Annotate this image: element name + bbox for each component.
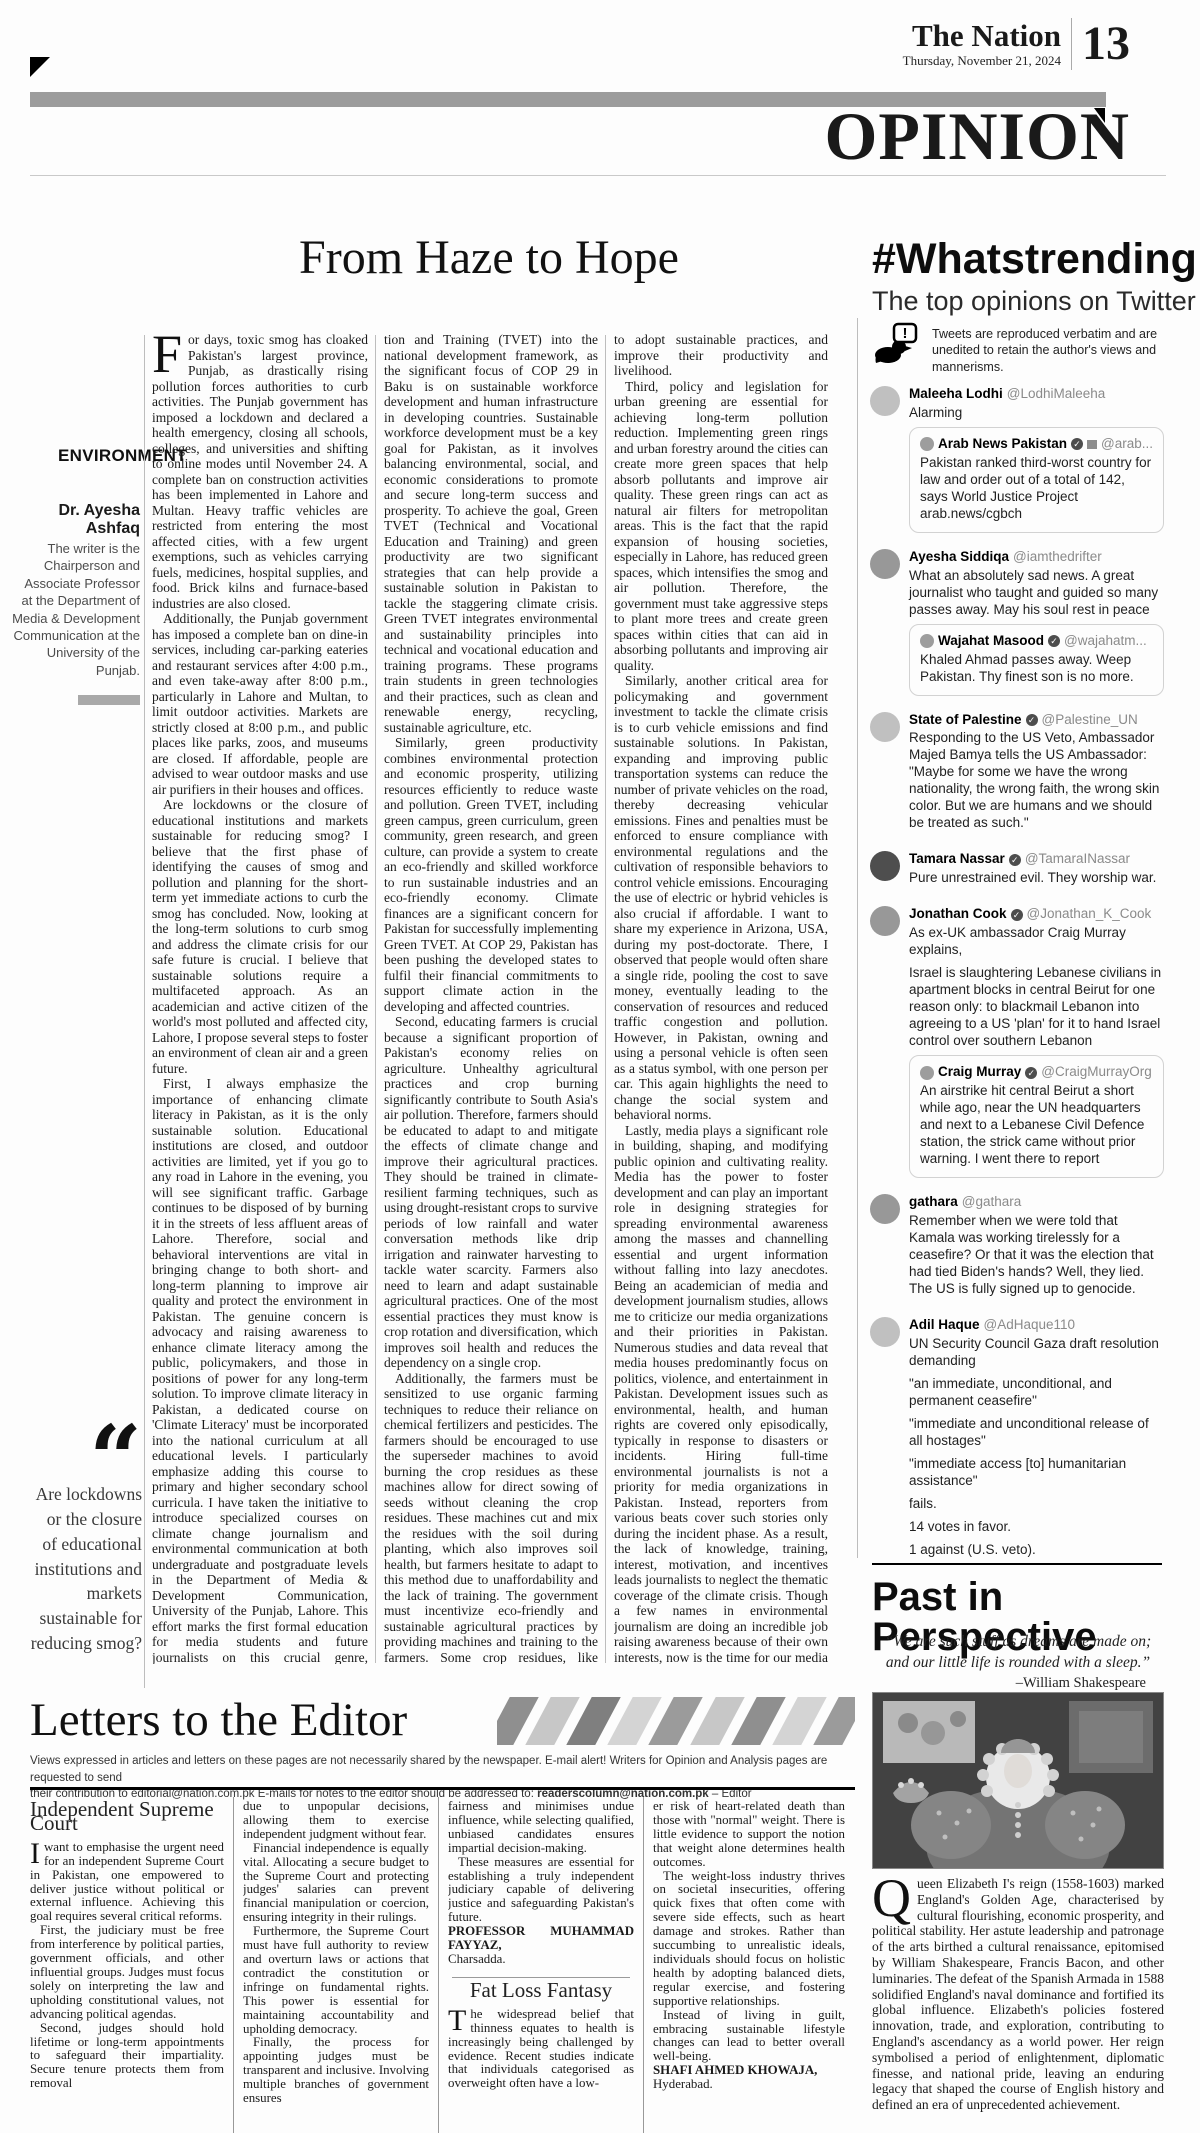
page-number: 13 <box>1082 20 1130 68</box>
tweet-author: Ayesha Siddiqa <box>909 549 1009 566</box>
drop-cap: I <box>30 1841 44 1866</box>
section-title: OPINION <box>825 102 1130 170</box>
tweet-handle: @iamthedrifter <box>1013 549 1102 566</box>
issue-date: Thursday, November 21, 2024 <box>903 53 1061 69</box>
quoted-tweet: Craig Murray✓@CraigMurrayOrgAn airstrike… <box>909 1055 1164 1178</box>
tweet-text: Israel is slaughtering Lebanese civilian… <box>909 964 1164 1049</box>
whatstrending-title: #Whatstrending <box>872 238 1197 281</box>
drop-cap: F <box>152 332 188 375</box>
tweet-author: Adil Haque <box>909 1317 980 1334</box>
readers-column-email: readerscolumn@nation.com.pk <box>537 1788 709 1800</box>
verified-icon: ✓ <box>1048 635 1060 647</box>
bio-end-bar <box>78 695 140 705</box>
avatar <box>870 549 900 579</box>
tweet-header: gathara@gathara <box>909 1194 1164 1211</box>
tweet-author: gathara <box>909 1194 958 1211</box>
tweet-header: Maleeha Lodhi@LodhiMaleeha <box>909 386 1164 403</box>
article-column-1: For days, toxic smog has cloaked Pakista… <box>152 332 368 1664</box>
whatstrending-note: Tweets are reproduced verbatim and are u… <box>932 326 1162 375</box>
tweet-text: 14 votes in favor. <box>909 1518 1164 1535</box>
paragraph: Lastly, media plays a significant role i… <box>614 1123 828 1665</box>
past-quote: “We are such stuff as dreams are made on… <box>876 1632 1160 1693</box>
tweet-handle: @arab... <box>1101 436 1153 453</box>
tweet-text: An airstrike hit central Beirut a short … <box>920 1082 1153 1167</box>
tweet-text: "immediate access [to] humanitarian assi… <box>909 1455 1164 1489</box>
masthead: The Nation Thursday, November 21, 2024 1… <box>903 18 1130 70</box>
letters-column-4: er risk of heart-related death than thos… <box>653 1800 845 2133</box>
verified-icon: ✓ <box>1026 714 1038 726</box>
queen-elizabeth-portrait <box>872 1692 1164 1869</box>
newspaper-page: The Nation Thursday, November 21, 2024 1… <box>0 0 1200 2133</box>
disclaimer-editor: – Editor <box>709 1788 752 1800</box>
column-rule <box>605 335 606 1663</box>
column-rule <box>643 1797 644 2133</box>
paragraph: tion and Training (TVET) into the nation… <box>384 332 598 735</box>
paragraph: Furthermore, the Supreme Court must have… <box>243 1925 429 2036</box>
article-headline: From Haze to Hope <box>150 230 828 285</box>
tweet-text: "immediate and unconditional release of … <box>909 1415 1164 1449</box>
paragraph: fairness and minimises undue influence, … <box>448 1800 634 1856</box>
paragraph: Second, judges should hold lifetime or l… <box>30 2022 224 2092</box>
svg-text:!: ! <box>903 325 908 342</box>
brand-name: The Nation <box>903 20 1061 51</box>
tweet-text: As ex-UK ambassador Craig Murray explain… <box>909 924 1164 958</box>
article-column-2: tion and Training (TVET) into the nation… <box>384 332 598 1664</box>
letters-column-2: due to unpopular decisions, allowing the… <box>243 1800 429 2133</box>
column-rule <box>375 335 376 1663</box>
column-rule <box>144 335 145 1688</box>
tweet-author: Arab News Pakistan <box>938 436 1067 453</box>
quote-mark-icon: “ <box>60 1432 142 1487</box>
avatar <box>870 851 900 881</box>
quoted-tweet: Wajahat Masood✓@wajahatm...Khaled Ahmad … <box>909 624 1164 696</box>
letters-disclaimer: Views expressed in articles and letters … <box>30 1753 855 1803</box>
paragraph: Finally, the process for appointing judg… <box>243 2036 429 2106</box>
paragraph: Queen Elizabeth I's reign (1558-1603) ma… <box>872 1876 1164 2113</box>
letter-signature-place: Charsadda. <box>448 1953 634 1967</box>
tweet-text: Responding to the US Veto, Ambassador Ma… <box>909 729 1164 831</box>
letter-heading: Independent Supreme Court <box>30 1803 224 1831</box>
paragraph: to adopt sustainable practices, and impr… <box>614 332 828 379</box>
tweet: Adil Haque@AdHaque110UN Security Council… <box>870 1317 1164 1558</box>
letters-column-1: Independent Supreme CourtI want to empha… <box>30 1797 224 2133</box>
tweet-handle: @Palestine_UN <box>1042 712 1138 729</box>
tweet-text: What an absolutely sad news. A great jou… <box>909 567 1164 618</box>
paragraph: First, I always emphasize the importance… <box>152 1076 368 1664</box>
avatar <box>920 1066 934 1080</box>
letters-masthead-title: Letters to the Editor <box>30 1697 407 1744</box>
tweet-header: Ayesha Siddiqa@iamthedrifter <box>909 549 1164 566</box>
tweet: State of Palestine✓@Palestine_UNRespondi… <box>870 712 1164 838</box>
letters-column-3: fairness and minimises undue influence, … <box>448 1800 634 2133</box>
tweet-text: Khaled Ahmad passes away. Weep Pakistan.… <box>920 651 1153 685</box>
tweet-header: Jonathan Cook✓@Jonathan_K_Cook <box>909 906 1164 923</box>
column-rule <box>438 1797 439 2133</box>
paragraph: Second, educating farmers is crucial bec… <box>384 1014 598 1371</box>
tweet-author: Wajahat Masood <box>938 633 1044 650</box>
article-column-3: to adopt sustainable practices, and impr… <box>614 332 828 1664</box>
past-body: Queen Elizabeth I's reign (1558-1603) ma… <box>872 1876 1164 2128</box>
quoted-tweet: Arab News Pakistan✓@arab...Pakistan rank… <box>909 427 1164 533</box>
paragraph: Additionally, the farmers must be sensit… <box>384 1371 598 1665</box>
letter-heading: Fat Loss Fantasy <box>448 1984 634 1998</box>
paragraph: Instead of living in guilt, embracing su… <box>653 2009 845 2065</box>
tweet-handle: @AdHaque110 <box>984 1317 1076 1334</box>
article-author: Dr. Ayesha Ashfaq <box>20 502 140 539</box>
tweet-text: Remember when we were told that Kamala w… <box>909 1212 1164 1297</box>
divider <box>872 1563 1162 1565</box>
tweet: Maleeha Lodhi@LodhiMaleehaAlarmingArab N… <box>870 386 1164 535</box>
disclaimer-line1: Views expressed in articles and letters … <box>30 1755 827 1784</box>
tweet-text: UN Security Council Gaza draft resolutio… <box>909 1335 1164 1369</box>
drop-cap: T <box>448 2008 470 2033</box>
paragraph: The widespread belief that thinness equa… <box>448 2008 634 2091</box>
tweet-author: Maleeha Lodhi <box>909 386 1003 403</box>
letter-signature: PROFESSOR MUHAMMAD FAYYAZ, <box>448 1925 634 1953</box>
tweet-text: fails. <box>909 1495 1164 1512</box>
divider <box>1071 18 1072 70</box>
tweet: Jonathan Cook✓@Jonathan_K_CookAs ex-UK a… <box>870 906 1164 1180</box>
tweet-text: Pure unrestrained evil. They worship war… <box>909 869 1164 886</box>
avatar <box>920 634 934 648</box>
tweet-header: Tamara Nassar✓@TamaraINassar <box>909 851 1164 868</box>
tweet: Ayesha Siddiqa@iamthedrifterWhat an abso… <box>870 549 1164 698</box>
avatar <box>870 1194 900 1224</box>
corner-marker <box>30 57 50 77</box>
paragraph: Third, policy and legislation for urban … <box>614 379 828 674</box>
quote-attribution: –William Shakespeare <box>876 1674 1160 1694</box>
verified-icon: ✓ <box>1025 1067 1037 1079</box>
column-rule <box>857 318 858 1558</box>
tweet-author: Jonathan Cook <box>909 906 1007 923</box>
tweet-author: Tamara Nassar <box>909 851 1005 868</box>
paragraph: For days, toxic smog has cloaked Pakista… <box>152 332 368 611</box>
paragraph: Financial independence is equally vital.… <box>243 1842 429 1925</box>
masthead-stripes <box>497 1697 855 1745</box>
paragraph: er risk of heart-related death than thos… <box>653 1800 845 1870</box>
tweet-handle: @wajahatm... <box>1064 633 1147 650</box>
paragraph: The weight-loss industry thrives on soci… <box>653 1870 845 2009</box>
tweets-list: Maleeha Lodhi@LodhiMaleehaAlarmingArab N… <box>870 386 1164 1558</box>
tweet-handle: @TamaraINassar <box>1025 851 1130 868</box>
paragraph: Additionally, the Punjab government has … <box>152 611 368 797</box>
tweet-header: Adil Haque@AdHaque110 <box>909 1317 1164 1334</box>
paragraph: Are lockdowns or the closure of educatio… <box>152 797 368 1076</box>
author-bio: The writer is the Chairperson and Associ… <box>10 540 140 679</box>
paragraph: due to unpopular decisions, allowing the… <box>243 1800 429 1842</box>
tweet-header: State of Palestine✓@Palestine_UN <box>909 712 1164 729</box>
letter-signature-place: Hyderabad. <box>653 2078 845 2092</box>
avatar <box>920 437 934 451</box>
tweet-text: Alarming <box>909 404 1164 421</box>
avatar <box>870 386 900 416</box>
letter-signature: SHAFI AHMED KHOWAJA, <box>653 2064 845 2078</box>
verified-icon: ✓ <box>1009 854 1021 866</box>
paragraph: Similarly, another critical area for pol… <box>614 673 828 1123</box>
tweet-handle: @CraigMurrayOrg <box>1041 1064 1151 1081</box>
paragraph: I want to emphasise the urgent need for … <box>30 1841 224 1924</box>
flag-icon <box>1087 440 1097 449</box>
divider <box>30 1787 855 1790</box>
column-rule <box>233 1797 234 2133</box>
avatar <box>870 712 900 742</box>
tweet: gathara@gatharaRemember when we were tol… <box>870 1194 1164 1303</box>
tweet-handle: @Jonathan_K_Cook <box>1027 906 1152 923</box>
tweet-header: Wajahat Masood✓@wajahatm... <box>920 633 1153 650</box>
twitter-bird-icon: ! <box>872 322 922 368</box>
divider <box>30 175 1166 176</box>
tweet-text: 1 against (U.S. veto). <box>909 1541 1164 1558</box>
paragraph: These measures are essential for establi… <box>448 1856 634 1926</box>
tweet-text: Pakistan ranked third-worst country for … <box>920 454 1153 522</box>
avatar <box>870 906 900 936</box>
drop-cap: Q <box>872 1876 917 1919</box>
quote-text: “We are such stuff as dreams are made on… <box>885 1633 1151 1671</box>
pull-quote: Are lockdowns or the closure of educatio… <box>28 1482 142 1656</box>
avatar <box>870 1317 900 1347</box>
tweet-author: Craig Murray <box>938 1064 1021 1081</box>
paragraph: Similarly, green productivity combines e… <box>384 735 598 1014</box>
whatstrending-subtitle: The top opinions on Twitter <box>872 288 1196 315</box>
tweet-author: State of Palestine <box>909 712 1022 729</box>
verified-icon: ✓ <box>1011 909 1023 921</box>
tweet-header: Craig Murray✓@CraigMurrayOrg <box>920 1064 1153 1081</box>
tweet-header: Arab News Pakistan✓@arab... <box>920 436 1153 453</box>
tweet: Tamara Nassar✓@TamaraINassarPure unrestr… <box>870 851 1164 892</box>
verified-icon: ✓ <box>1071 438 1083 450</box>
tweet-handle: @LodhiMaleeha <box>1007 386 1106 403</box>
paragraph: First, the judiciary must be free from i… <box>30 1924 224 2021</box>
tweet-handle: @gathara <box>962 1194 1022 1211</box>
tweet-text: "an immediate, unconditional, and perman… <box>909 1375 1164 1409</box>
